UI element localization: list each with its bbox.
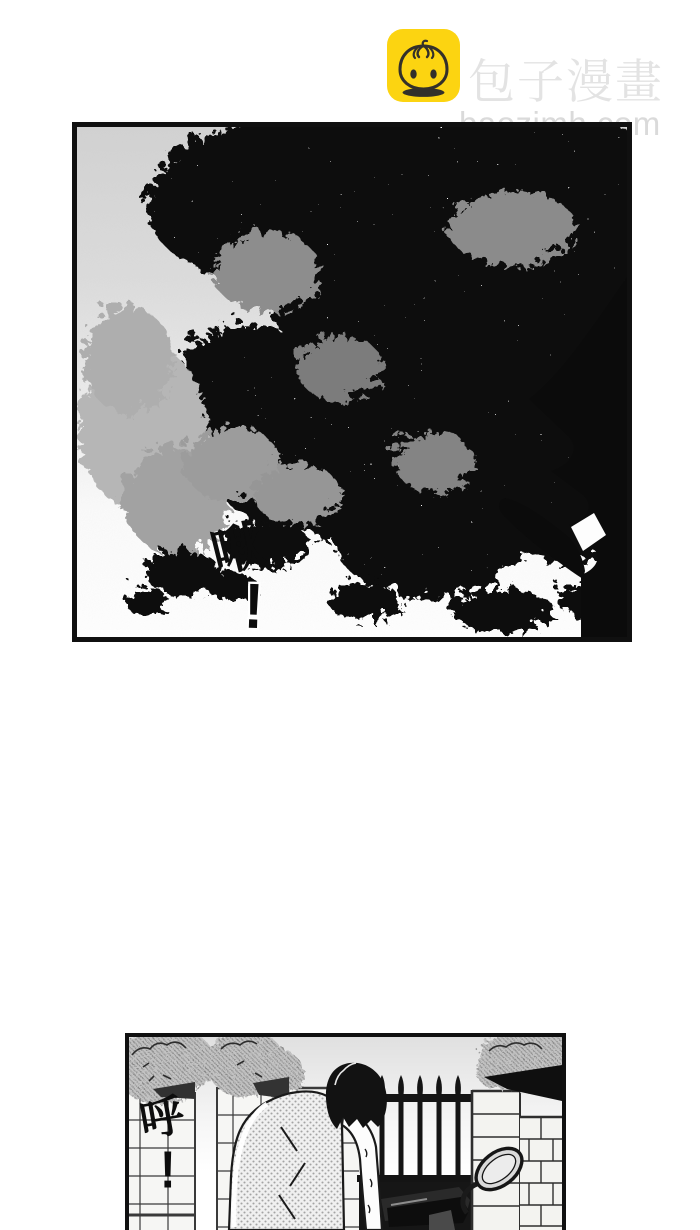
site-name: 包子漫畫 [468,56,664,108]
baozi-logo-icon [387,29,460,102]
comic-panel-yard [125,1033,566,1230]
comic-panel-tree [72,122,632,642]
tree-artwork [77,127,627,637]
yard-artwork [129,1037,562,1230]
sfx-sigh: 呼 [137,1094,188,1145]
manga-page: 包子漫畫 baozimh.com [0,0,700,1230]
sfx-sigh-exclamation: ! [160,1144,176,1196]
brick-wall-right [520,1116,562,1230]
sfx-chirp-exclamation: ! [243,575,264,640]
site-watermark: 包子漫畫 baozimh.com [387,29,687,119]
